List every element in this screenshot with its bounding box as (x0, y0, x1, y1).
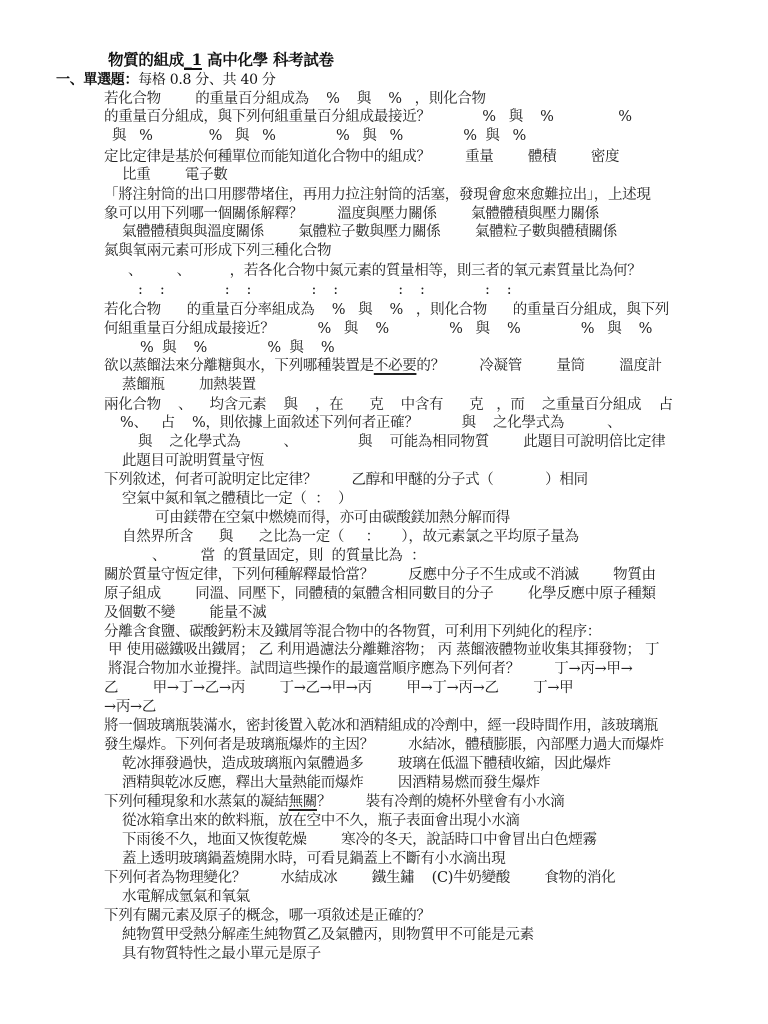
text-line: 發生爆炸。下列何者是玻璃瓶爆炸的主因？ 水結冰，體積膨脹，內部壓力過大而爆炸 (104, 736, 664, 754)
line-text: 何組重量百分組成最接近？ % 與 % % 與 % % 與 % (104, 321, 652, 337)
line-text: 兩化合物 、 均含元素 與 ，在 克 中含有 克 ，而 之重量百分組成 占 (104, 397, 673, 413)
line-text: 與 % % 與 % % 與 % % 與 % (112, 128, 526, 144)
line-text: 分離含食鹽、碳酸鈣粉末及鐵屑等混合物中的各物質，可利用下列純化的程序： (104, 624, 601, 640)
line-text: 空氣中氮和氧之體積比一定（ ： ） (122, 491, 352, 507)
text-line: 、 、 ，若各化合物中氮元素的質量相等，則三者的氧元素質量比為何？ (128, 262, 641, 280)
text-line: 具有物質特性之最小單元是原子 (122, 945, 321, 963)
text-line: 自然界所含 與 之比為一定（ ： ），故元素氯之平均原子量為 (122, 528, 579, 546)
title-suffix: 高中化學 科考試卷 (202, 50, 334, 69)
text-line: 蒸餾瓶 加熱裝置 (122, 376, 256, 394)
line-text: 、 、 ，若各化合物中氮元素的質量相等，則三者的氧元素質量比為何？ (128, 263, 641, 279)
text-line: 兩化合物 、 均含元素 與 ，在 克 中含有 克 ，而 之重量百分組成 占 (104, 396, 673, 414)
text-line: 下雨後不久，地面又恢復乾燥 寒冷的冬天，說話時口中會冒出白色煙霧 (122, 831, 597, 849)
text-line: 乾冰揮發過快，造成玻璃瓶內氣體過多 玻璃在低溫下體積收縮，因此爆炸 (122, 755, 611, 773)
text-line: % 與 % % 與 % (140, 339, 334, 357)
line-text: 下列何者為物理變化？ 水結成冰 鐵生鏽 (C)牛奶變酸 食物的消化 (104, 870, 615, 886)
line-text: 可由鎂帶在空氣中燃燒而得，亦可由碳酸鎂加熱分解而得 (155, 510, 510, 526)
line-text: 蒸餾瓶 加熱裝置 (122, 377, 256, 393)
text-line: →丙→乙 (104, 698, 156, 716)
section-header: 一、單選題：每格 0.8 分、共 40 分 (56, 71, 276, 89)
line-text: 蓋上透明玻璃鍋蓋燒開水時，可看見鍋蓋上不斷有小水滴出現 (122, 851, 505, 867)
underlined-emphasis: 不必要 (374, 358, 417, 374)
text-line: 、 當 的質量固定，則 的質量比為 ： (152, 547, 425, 565)
line-text-continued: ？ 裝有冷劑的燒杯外壁會有小水滴 (317, 794, 564, 810)
text-line: 將一個玻璃瓶裝滿水，密封後置入乾冰和酒精組成的冷劑中，經一段時間作用，該玻璃瓶 (104, 717, 658, 735)
line-text: 及個數不變 能量不滅 (104, 605, 266, 621)
line-text: 乾冰揮發過快，造成玻璃瓶內氣體過多 玻璃在低溫下體積收縮，因此爆炸 (122, 756, 611, 772)
text-line: 象可以用下列哪一個關係解釋？ 溫度與壓力關係 氣體體積與壓力關係 (104, 205, 599, 223)
line-text: 下列何種現象和水蒸氣的凝結 (104, 794, 289, 810)
title-prefix: 物質的組成 (108, 50, 184, 69)
text-line: 比重 電子數 (122, 166, 227, 184)
line-text: : : : : : : : : : : (138, 282, 511, 298)
text-line: 酒精與乾冰反應，釋出大量熱能而爆炸 因酒精易燃而發生爆炸 (122, 774, 540, 792)
text-line: 若化合物 的重量百分率組成為 % 與 % ，則化合物 的重量百分組成，與下列 (104, 301, 669, 319)
line-text: 將混合物加水並攪拌。試問這些操作的最適當順序應為下列何者？ 丁→丙→甲→ (108, 661, 632, 677)
underlined-emphasis: 無關 (289, 794, 317, 810)
text-line: 氣體體積與與溫度關係 氣體粒子數與壓力關係 氣體粒子數與體積關係 (122, 223, 617, 241)
line-text: 此題目可說明質量守恆 (122, 453, 264, 469)
text-line: 與 % % 與 % % 與 % % 與 % (112, 127, 526, 145)
line-text: 若化合物 的重量百分組成為 % 與 % ，則化合物 (104, 91, 486, 107)
line-text: 下列有關元素及原子的概念，哪一項敘述是正確的？ (104, 908, 431, 924)
text-line: 若化合物 的重量百分組成為 % 與 % ，則化合物 (104, 90, 486, 108)
text-line: 將混合物加水並攪拌。試問這些操作的最適當順序應為下列何者？ 丁→丙→甲→ (108, 660, 632, 678)
line-text: 下列敘述，何者可說明定比定律？ 乙醇和甲醚的分子式（ ）相同 (104, 472, 588, 488)
line-text: 乙 甲→丁→乙→丙 丁→乙→甲→丙 甲→丁→丙→乙 丁→甲 (104, 680, 573, 696)
line-text: 原子組成 同溫、同壓下，同體積的氣體含相同數目的分子 化學反應中原子種類 (104, 586, 656, 602)
text-line: 欲以蒸餾法來分離糖與水，下列哪種裝置是不必要的？ 冷凝管 量筒 溫度計 (104, 357, 662, 375)
line-text: 「將注射筒的出口用膠帶堵住，再用力拉注射筒的活塞，發現會愈來愈難拉出」，上述現 (104, 187, 651, 203)
text-line: 可由鎂帶在空氣中燃燒而得，亦可由碳酸鎂加熱分解而得 (155, 509, 510, 527)
line-text: 氣體體積與與溫度關係 氣體粒子數與壓力關係 氣體粒子數與體積關係 (122, 224, 617, 240)
text-line: 下列何種現象和水蒸氣的凝結無關？ 裝有冷劑的燒杯外壁會有小水滴 (104, 793, 565, 811)
text-line: 的重量百分組成，與下列何組重量百分組成最接近？ % 與 % % (104, 108, 632, 126)
text-line: 乙 甲→丁→乙→丙 丁→乙→甲→丙 甲→丁→丙→乙 丁→甲 (104, 679, 573, 697)
text-line: 甲 使用磁鐵吸出鐵屑； 乙 利用過濾法分離難溶物； 丙 蒸餾液體物並收集其揮發物… (108, 641, 659, 659)
line-text: 甲 使用磁鐵吸出鐵屑； 乙 利用過濾法分離難溶物； 丙 蒸餾液體物並收集其揮發物… (108, 642, 659, 658)
text-line: 及個數不變 能量不滅 (104, 604, 266, 622)
line-text: 將一個玻璃瓶裝滿水，密封後置入乾冰和酒精組成的冷劑中，經一段時間作用，該玻璃瓶 (104, 718, 658, 734)
line-text: % 與 % % 與 % (140, 340, 334, 356)
text-line: 分離含食鹽、碳酸鈣粉末及鐵屑等混合物中的各物質，可利用下列純化的程序： (104, 623, 601, 641)
text-line: 下列何者為物理變化？ 水結成冰 鐵生鏽 (C)牛奶變酸 食物的消化 (104, 869, 615, 887)
line-text: 純物質甲受熱分解產生純物質乙及氣體丙，則物質甲不可能是元素 (122, 927, 534, 943)
line-text: %、 占 %，則依據上面敘述下列何者正確？ 與 之化學式為 、 (120, 415, 621, 431)
document-title: 物質的組成_1 高中化學 科考試卷 (108, 51, 334, 69)
text-line: 「將注射筒的出口用膠帶堵住，再用力拉注射筒的活塞，發現會愈來愈難拉出」，上述現 (104, 186, 651, 204)
text-line: 水電解成氫氣和氧氣 (122, 888, 250, 906)
line-text-continued: 的？ 冷凝管 量筒 溫度計 (416, 358, 661, 374)
line-text: 關於質量守恆定律，下列何種解釋最恰當？ 反應中分子不生成或不消滅 物質由 (104, 567, 656, 583)
line-text: 比重 電子數 (122, 167, 227, 183)
text-line: 下列敘述，何者可說明定比定律？ 乙醇和甲醚的分子式（ ）相同 (104, 471, 588, 489)
line-text: 的重量百分組成，與下列何組重量百分組成最接近？ % 與 % % (104, 109, 632, 125)
exam-page: 物質的組成_1 高中化學 科考試卷 一、單選題：每格 0.8 分、共 40 分 … (0, 0, 768, 1024)
line-text: 酒精與乾冰反應，釋出大量熱能而爆炸 因酒精易燃而發生爆炸 (122, 775, 540, 791)
line-text: 發生爆炸。下列何者是玻璃瓶爆炸的主因？ 水結冰，體積膨脹，內部壓力過大而爆炸 (104, 737, 664, 753)
title-blank: _1 (184, 50, 202, 69)
text-line: 氮與氧兩元素可形成下列三種化合物 (104, 242, 331, 260)
line-text: 欲以蒸餾法來分離糖與水，下列哪種裝置是 (104, 358, 374, 374)
line-text: 氮與氧兩元素可形成下列三種化合物 (104, 243, 331, 259)
line-text: 、 當 的質量固定，則 的質量比為 ： (152, 548, 425, 564)
text-line: 此題目可說明質量守恆 (122, 452, 264, 470)
text-line: 與 之化學式為 、 與 可能為相同物質 此題目可說明倍比定律 (138, 433, 665, 451)
text-line: %、 占 %，則依據上面敘述下列何者正確？ 與 之化學式為 、 (120, 414, 621, 432)
line-text: 若化合物 的重量百分率組成為 % 與 % ，則化合物 的重量百分組成，與下列 (104, 302, 669, 318)
line-text: 下雨後不久，地面又恢復乾燥 寒冷的冬天，說話時口中會冒出白色煙霧 (122, 832, 597, 848)
text-line: 何組重量百分組成最接近？ % 與 % % 與 % % 與 % (104, 320, 652, 338)
line-text: 水電解成氫氣和氧氣 (122, 889, 250, 905)
line-text: 與 之化學式為 、 與 可能為相同物質 此題目可說明倍比定律 (138, 434, 665, 450)
line-text: 定比定律是基於何種單位而能知道化合物中的組成？ 重量 體積 密度 (104, 149, 619, 165)
text-line: 原子組成 同溫、同壓下，同體積的氣體含相同數目的分子 化學反應中原子種類 (104, 585, 656, 603)
text-line: 空氣中氮和氧之體積比一定（ ： ） (122, 490, 352, 508)
line-text: 從冰箱拿出來的飲料瓶，放在空中不久，瓶子表面會出現小水滴 (122, 813, 520, 829)
section-scoring: 每格 0.8 分、共 40 分 (138, 72, 275, 88)
line-text: →丙→乙 (104, 699, 156, 715)
text-line: 蓋上透明玻璃鍋蓋燒開水時，可看見鍋蓋上不斷有小水滴出現 (122, 850, 505, 868)
text-line: 關於質量守恆定律，下列何種解釋最恰當？ 反應中分子不生成或不消滅 物質由 (104, 566, 656, 584)
line-text: 自然界所含 與 之比為一定（ ： ），故元素氯之平均原子量為 (122, 529, 579, 545)
line-text: 象可以用下列哪一個關係解釋？ 溫度與壓力關係 氣體體積與壓力關係 (104, 206, 599, 222)
text-line: 定比定律是基於何種單位而能知道化合物中的組成？ 重量 體積 密度 (104, 148, 619, 166)
text-line: 從冰箱拿出來的飲料瓶，放在空中不久，瓶子表面會出現小水滴 (122, 812, 520, 830)
line-text: 具有物質特性之最小單元是原子 (122, 946, 321, 962)
text-line: 純物質甲受熱分解產生純物質乙及氣體丙，則物質甲不可能是元素 (122, 926, 534, 944)
section-label: 一、單選題： (56, 72, 138, 88)
text-line: : : : : : : : : : : (138, 281, 511, 299)
text-line: 下列有關元素及原子的概念，哪一項敘述是正確的？ (104, 907, 431, 925)
